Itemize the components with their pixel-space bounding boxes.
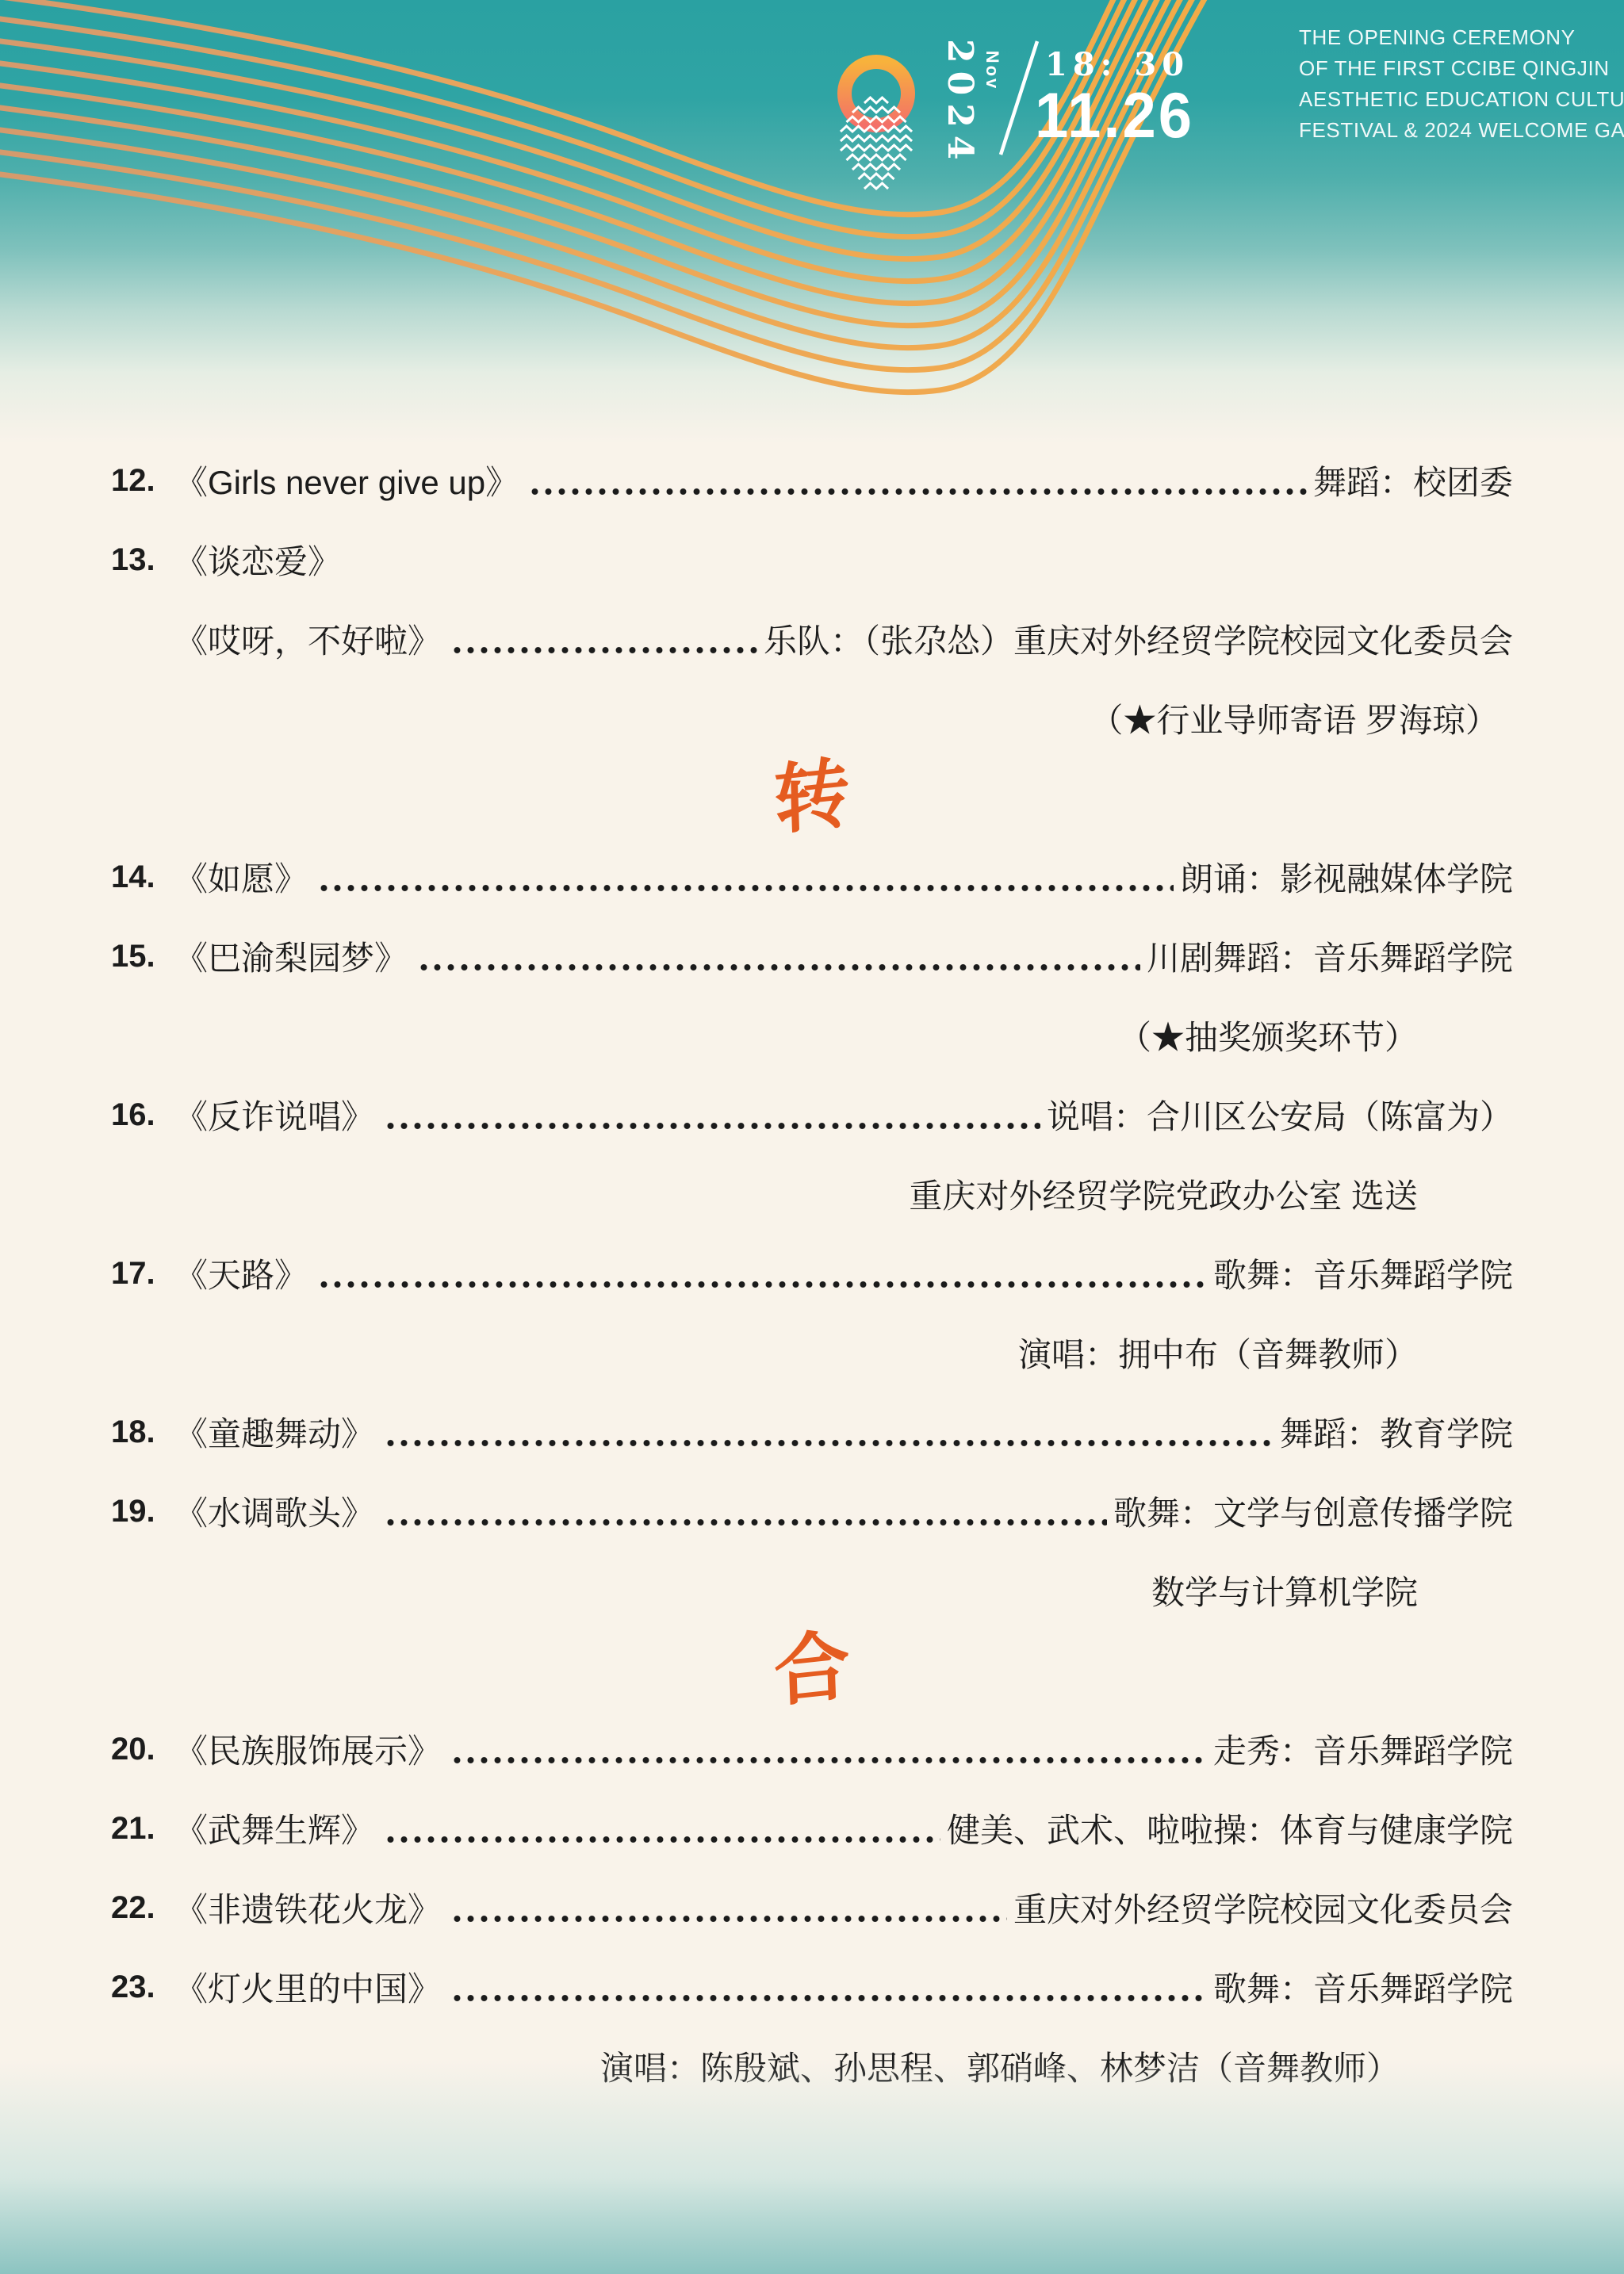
item-number: 21. [111, 1811, 174, 1847]
item-title: 《水调歌头》 [174, 1487, 374, 1535]
header-banner: 2024 Nov 18: 30 11.26 THE OPENING CEREMO… [0, 0, 1624, 444]
program-page: 2024 Nov 18: 30 11.26 THE OPENING CEREMO… [0, 0, 1624, 2274]
title-line-3: AESTHETIC EDUCATION CULTURAL [1299, 84, 1624, 115]
title-line-4: FESTIVAL & 2024 WELCOME GALA [1299, 115, 1624, 146]
program-note-college-19: 数学与计算机学院 [0, 1551, 1624, 1630]
item-attribution: 重庆对外经贸学院校园文化委员会 [1013, 1884, 1513, 1931]
dot-leader [381, 1472, 1107, 1551]
item-title: 《Girls never give up》 [174, 457, 519, 504]
item-attribution: 说唱：合川区公安局（陈富为） [1047, 1091, 1513, 1139]
item-number: 17. [111, 1256, 174, 1292]
slash-divider [1001, 41, 1037, 155]
dot-leader [447, 1868, 1007, 1947]
event-year: 2024 [942, 39, 980, 158]
item-title: 《巴渝梨园梦》 [174, 932, 408, 980]
event-date: 11.26 [1035, 79, 1194, 152]
dot-leader [381, 1392, 1274, 1472]
item-number: 14. [111, 859, 174, 895]
dot-leader [314, 1234, 1207, 1313]
program-note-office: 重庆对外经贸学院党政办公室 选送 [0, 1154, 1624, 1234]
note-text: 演唱：拥中布（音舞教师） [1018, 1329, 1418, 1376]
section-marker-zhuan: 转 [0, 758, 1624, 837]
dot-leader [381, 1789, 940, 1868]
item-attribution: 舞蹈：校团委 [1313, 457, 1513, 504]
item-attribution: 舞蹈：教育学院 [1280, 1408, 1513, 1456]
section-marker-he: 合 [0, 1630, 1624, 1709]
item-title: 《非遗铁花火龙》 [174, 1884, 441, 1931]
program-row-19: 19. 《水调歌头》 歌舞：文学与创意传播学院 [0, 1472, 1624, 1551]
item-number: 13. [111, 542, 174, 578]
item-number: 22. [111, 1890, 174, 1926]
item-title: 《武舞生辉》 [174, 1805, 374, 1852]
note-text: 数学与计算机学院 [1151, 1567, 1418, 1614]
item-attribution: 乐队：（张尕怂）重庆对外经贸学院校园文化委员会 [764, 615, 1513, 663]
note-text: 重庆对外经贸学院党政办公室 选送 [909, 1170, 1418, 1218]
note-text: （★行业导师寄语 罗海琼） [1090, 695, 1499, 742]
title-line-1: THE OPENING CEREMONY [1299, 22, 1624, 53]
item-title: 《谈恋爱》 [174, 536, 341, 584]
item-number: 12. [111, 463, 174, 499]
program-row-13b: 《哎呀，不好啦》 乐队：（张尕怂）重庆对外经贸学院校园文化委员会 [0, 599, 1624, 679]
program-row-21: 21. 《武舞生辉》 健美、武术、啦啦操：体育与健康学院 [0, 1789, 1624, 1868]
event-title-english: THE OPENING CEREMONY OF THE FIRST CCIBE … [1299, 22, 1624, 146]
dot-leader [414, 917, 1140, 996]
item-title: 《天路》 [174, 1250, 308, 1297]
program-row-14: 14. 《如愿》 朗诵：影视融媒体学院 [0, 837, 1624, 917]
program-row-15: 15. 《巴渝梨园梦》 川剧舞蹈：音乐舞蹈学院 [0, 917, 1624, 996]
program-row-22: 22. 《非遗铁花火龙》 重庆对外经贸学院校园文化委员会 [0, 1868, 1624, 1947]
event-month: Nov [982, 41, 1002, 100]
item-attribution: 歌舞：音乐舞蹈学院 [1213, 1963, 1513, 2011]
dot-leader [447, 1709, 1207, 1789]
program-row-17: 17. 《天路》 歌舞：音乐舞蹈学院 [0, 1234, 1624, 1313]
item-attribution: 歌舞：文学与创意传播学院 [1113, 1487, 1513, 1535]
dot-leader [447, 599, 757, 679]
footer-gradient [0, 2060, 1624, 2274]
item-number: 18. [111, 1415, 174, 1450]
program-note-lottery: （★抽奖颁奖环节） [0, 996, 1624, 1075]
item-attribution: 健美、武术、啦啦操：体育与健康学院 [947, 1805, 1513, 1852]
section-marker-text: 转 [773, 754, 852, 841]
dot-leader [525, 441, 1307, 520]
program-row-12: 12. 《Girls never give up》 舞蹈：校团委 [0, 441, 1624, 520]
program-note-singer-17: 演唱：拥中布（音舞教师） [0, 1313, 1624, 1392]
item-title: 《童趣舞动》 [174, 1408, 374, 1456]
note-text: （★抽奖颁奖环节） [1118, 1012, 1418, 1059]
program-row-18: 18. 《童趣舞动》 舞蹈：教育学院 [0, 1392, 1624, 1472]
item-title: 《民族服饰展示》 [174, 1725, 441, 1773]
program-row-23: 23. 《灯火里的中国》 歌舞：音乐舞蹈学院 [0, 1947, 1624, 2027]
section-marker-text: 合 [773, 1626, 852, 1713]
item-number: 20. [111, 1732, 174, 1767]
program-note-mentor: （★行业导师寄语 罗海琼） [0, 679, 1624, 758]
program-list: 12. 《Girls never give up》 舞蹈：校团委 13. 《谈恋… [0, 441, 1624, 2106]
item-title: 《如愿》 [174, 853, 308, 901]
title-line-2: OF THE FIRST CCIBE QINGJIN [1299, 53, 1624, 84]
item-number: 19. [111, 1494, 174, 1529]
sun-logo-icon [841, 62, 912, 189]
item-number: 23. [111, 1970, 174, 2005]
item-title: 《灯火里的中国》 [174, 1963, 441, 2011]
item-attribution: 朗诵：影视融媒体学院 [1180, 853, 1513, 901]
item-subtitle: 《哎呀，不好啦》 [174, 615, 441, 663]
item-number: 15. [111, 939, 174, 974]
item-attribution: 走秀：音乐舞蹈学院 [1213, 1725, 1513, 1773]
dot-leader [381, 1075, 1040, 1154]
event-time: 18: 30 [1045, 46, 1189, 83]
item-attribution: 川剧舞蹈：音乐舞蹈学院 [1147, 932, 1513, 980]
program-row-20: 20. 《民族服饰展示》 走秀：音乐舞蹈学院 [0, 1709, 1624, 1789]
dot-leader [314, 837, 1174, 917]
program-row-16: 16. 《反诈说唱》 说唱：合川区公安局（陈富为） [0, 1075, 1624, 1154]
item-title: 《反诈说唱》 [174, 1091, 374, 1139]
dot-leader [447, 1947, 1207, 2027]
item-attribution: 歌舞：音乐舞蹈学院 [1213, 1250, 1513, 1297]
item-number: 16. [111, 1097, 174, 1133]
program-row-13: 13. 《谈恋爱》 [0, 520, 1624, 599]
